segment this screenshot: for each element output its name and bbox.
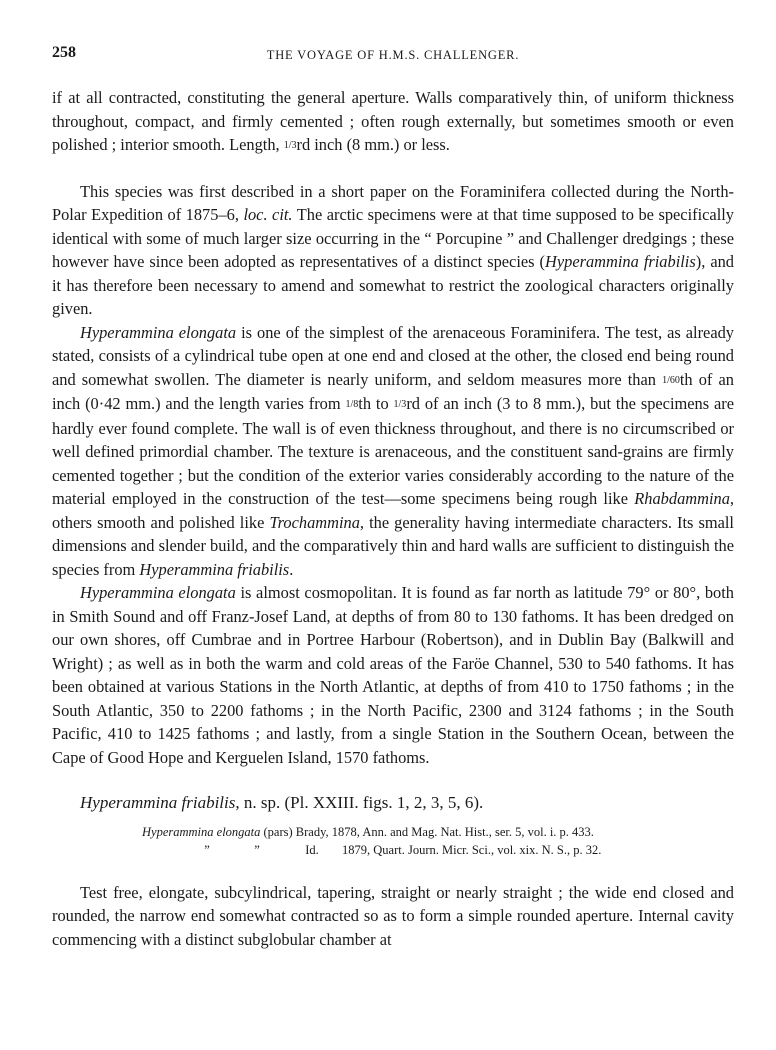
running-title: THE VOYAGE OF H.M.S. CHALLENGER. <box>52 48 734 63</box>
citation-loc-cit: loc. cit. <box>243 205 292 224</box>
paragraph-description: Hyperammina elongata is one of the simpl… <box>52 321 734 582</box>
synonymy-entry: ””Id.1879, Quart. Journ. Micr. Sci., vol… <box>52 841 734 859</box>
species-name: Hyperammina friabilis <box>139 560 289 579</box>
paragraph-distribution: Hyperammina elongata is almost cosmopoli… <box>52 581 734 769</box>
paragraph-species-description: Test free, elongate, subcylindrical, tap… <box>52 881 734 952</box>
genus-name: Rhabdammina <box>634 489 730 508</box>
fraction: 1/3 <box>284 140 297 151</box>
species-name: Hyperammina friabilis <box>80 793 235 812</box>
paragraph-history: This species was first described in a sh… <box>52 180 734 321</box>
ditto-mark: ” <box>182 841 232 859</box>
synonymy-entry: Hyperammina elongata (pars) Brady, 1878,… <box>52 823 734 841</box>
genus-name: Trochammina <box>269 513 359 532</box>
ditto-mark: ” <box>232 841 282 859</box>
species-name: Hyperammina friabilis <box>545 252 696 271</box>
fraction: 1/3 <box>394 399 407 410</box>
fraction: 1/60 <box>662 375 680 386</box>
species-name: Hyperammina elongata <box>80 323 236 342</box>
paragraph-continuation: if at all contracted, constituting the g… <box>52 86 734 158</box>
book-page: 258 THE VOYAGE OF H.M.S. CHALLENGER. if … <box>52 40 734 951</box>
fraction: 1/8 <box>345 399 358 410</box>
page-header: 258 THE VOYAGE OF H.M.S. CHALLENGER. <box>52 40 734 68</box>
species-heading: Hyperammina friabilis, n. sp. (Pl. XXIII… <box>52 791 734 815</box>
species-name: Hyperammina elongata <box>80 583 236 602</box>
